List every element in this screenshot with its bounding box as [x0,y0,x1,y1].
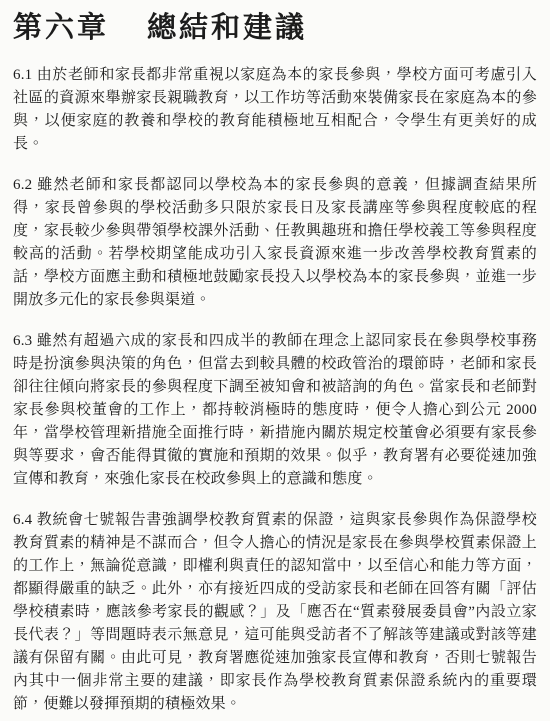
document-page: 第六章總結和建議 6.1 由於老師和家長都非常重視以家庭為本的家長參與，學校方面… [0,0,550,721]
chapter-label: 第六章 [13,10,109,48]
chapter-heading: 第六章總結和建議 [13,10,537,48]
chapter-title: 總結和建議 [147,12,307,44]
paragraph-6-1: 6.1 由於老師和家長都非常重視以家庭為本的家長參與，學校方面可考慮引入社區的資… [13,64,537,156]
paragraph-6-2: 6.2 雖然老師和家長都認同以學校為本的家長參與的意義，但據調查結果所得，家長曾… [13,174,537,312]
paragraph-6-3: 6.3 雖然有超過六成的家長和四成半的教師在理念上認同家長在參與學校事務時是扮演… [13,330,537,491]
paragraph-6-4: 6.4 教統會七號報告書強調學校教育質素的保證，這與家長參與作為保證學校教育質素… [13,509,537,716]
